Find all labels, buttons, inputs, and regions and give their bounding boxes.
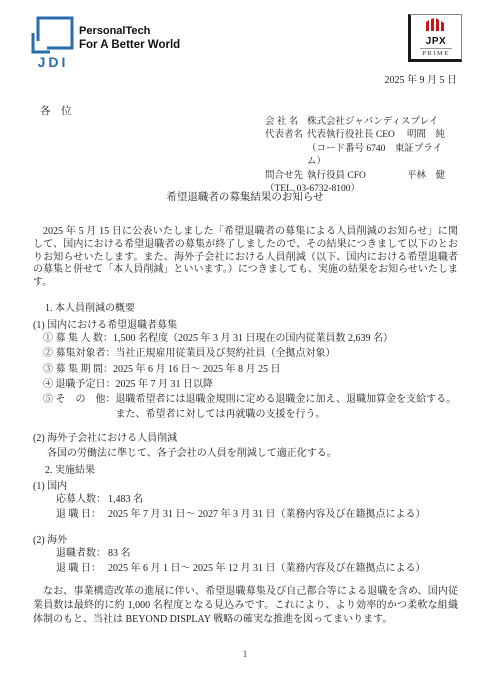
item1-value: 1,500 名程度（2025 年 3 月 31 日現在の国内従業員数 2,639… [113,331,464,346]
list-item: ③ 募 集 期 間： 2025 年 6 月 16 日～ 2025 年 8 月 2… [43,362,464,377]
overseas-retirees-value: 83 名 [108,546,464,561]
company-name-value: 株式会社ジャパンディスプレイ [307,116,438,129]
contact-title: 執行役員 CFO [307,170,366,183]
company-info-block: 会 社 名 株式会社ジャパンディスプレイ 代表者名 代表執行役社長 CEO 明間… [265,116,445,196]
overseas-heading: (2) 海外 [33,531,67,546]
press-release-page: JDI PersonalTech For A Better World JPX … [0,0,490,692]
item2-label: ② 募集対象者： [43,346,116,361]
representative-title: 代表執行役社長 CEO [307,129,395,142]
list-item: ① 募 集 人 数： 1,500 名程度（2025 年 3 月 31 日現在の国… [43,331,464,346]
jdi-tagline: PersonalTech For A Better World [79,24,180,53]
item5-value-line2: また、希望者に対しては再就職の支援を行う。 [116,407,465,422]
item3-value: 2025 年 6 月 16 日～ 2025 年 8 月 25 日 [113,362,464,377]
overseas-result-rows: 退職者数： 83 名 退 職 日： 2025 年 6 月 1 日～ 2025 年… [56,546,464,577]
domestic-dates-value: 2025 年 7 月 31 日～ 2027 年 3 月 31 日（業務内容及び在… [108,507,464,522]
tagline-line2: For A Better World [79,38,180,53]
item1-label: ① 募 集 人 数： [43,331,113,346]
domestic-result-rows: 応募人数： 1,483 名 退 職 日： 2025 年 7 月 31 日～ 20… [56,492,464,523]
section1-heading: 1. 本人員削減の概要 [45,299,135,314]
table-row: 応募人数： 1,483 名 [56,492,464,507]
release-date: 2025 年 9 月 5 日 [385,71,458,86]
item5-label: ⑤ そ の 他： [43,392,116,423]
stock-code-value: （コード番号 6740 東証プライム） [307,143,445,170]
company-name-row: 会 社 名 株式会社ジャパンディスプレイ [265,116,445,129]
intro-paragraph: 2025 年 5 月 15 日に公表いたしました「希望退職者の募集による人員削減… [33,226,458,290]
stock-code-row: （コード番号 6740 東証プライム） [265,143,445,170]
overseas-dates-label: 退 職 日： [56,561,108,576]
section2-heading: 2. 実施結果 [45,461,95,476]
overseas-dates-value: 2025 年 6 月 1 日～ 2025 年 12 月 31 日（業務内容及び在… [108,561,464,576]
table-row: 退 職 日： 2025 年 7 月 31 日～ 2027 年 3 月 31 日（… [56,507,464,522]
section1-sub2-heading: (2) 海外子会社における人員削減 [33,429,177,444]
page-number: 1 [0,650,490,660]
item5-value-line1: 退職希望者には退職金規則に定める退職金に加え、退職加算金を支給する。 [116,392,465,407]
overseas-retirees-label: 退職者数： [56,546,108,561]
item2-value: 当社正規雇用従業員及び契約社員（全拠点対象） [116,346,465,361]
table-row: 退職者数： 83 名 [56,546,464,561]
list-item: ② 募集対象者： 当社正規雇用従業員及び契約社員（全拠点対象） [43,346,464,361]
table-row: 退 職 日： 2025 年 6 月 1 日～ 2025 年 12 月 31 日（… [56,561,464,576]
list-item: ④ 退職予定日： 2025 年 7 月 31 日以降 [43,377,464,392]
item4-value: 2025 年 7 月 31 日以降 [116,377,465,392]
jpx-flame-icon [425,18,447,36]
tagline-line1: PersonalTech [79,24,180,38]
section1-sub2-body: 各国の労働法に準じて、各子会社の人員を削減して適正化する。 [47,444,337,459]
representative-label: 代表者名 [265,129,307,142]
jdi-logo-text: JDI [30,55,76,69]
representative-name: 明間 純 [407,129,445,142]
recruitment-detail-list: ① 募 集 人 数： 1,500 名程度（2025 年 3 月 31 日現在の国… [43,331,464,423]
domestic-dates-label: 退 職 日： [56,507,108,522]
domestic-applicants-value: 1,483 名 [108,492,464,507]
jpx-market-label: JPX [426,36,446,47]
jdi-logo-icon [30,15,76,54]
jpx-divider [420,48,452,49]
salutation: 各 位 [40,103,72,118]
jpx-prime-badge: JPX PRIME [408,14,462,62]
jdi-logo: JDI [30,15,76,69]
company-name-label: 会 社 名 [265,116,307,129]
item3-label: ③ 募 集 期 間： [43,362,113,377]
representative-row: 代表者名 代表執行役社長 CEO 明間 純 [265,129,445,142]
contact-name: 平林 健 [407,170,445,183]
domestic-heading: (1) 国内 [33,477,67,492]
domestic-applicants-label: 応募人数： [56,492,108,507]
document-title: 希望退職者の募集結果のお知らせ [0,189,490,204]
contact-row: 問合せ先 執行役員 CFO 平林 健 [265,170,445,183]
jpx-segment-label: PRIME [422,50,449,58]
contact-label: 問合せ先 [265,170,307,183]
section1-sub1-heading: (1) 国内における希望退職者募集 [33,316,177,331]
list-item: ⑤ そ の 他： 退職希望者には退職金規則に定める退職金に加え、退職加算金を支給… [43,392,464,423]
closing-paragraph: なお、事業構造改革の進展に伴い、希望退職募集及び自己都合等による退職を含め、国内… [33,585,458,628]
item4-label: ④ 退職予定日： [43,377,116,392]
